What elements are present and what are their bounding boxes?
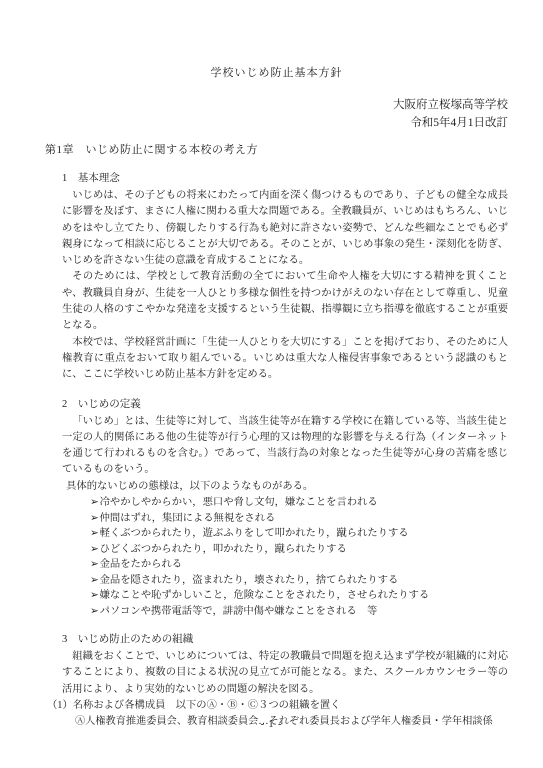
paragraph: そのためには、学校として教育活動の全てにおいて生命や人権を大切にする精神を貫くこ… — [62, 269, 508, 334]
list-item: ➢パソコンや携帯電話等で，誹謗中傷や嫌なことをされる 等 — [90, 604, 508, 620]
list-intro: 具体的ないじめの態様は，以下のようなものがある。 — [62, 479, 508, 495]
revision-date: 令和5年4月1日改訂 — [45, 114, 508, 132]
list-item-text: 仲間はずれ，集団による無視をされる — [100, 513, 276, 524]
list-item: ➢金品を隠されたり，盗まれたり，壊されたり，捨てられたりする — [90, 573, 508, 589]
section-heading-definition: 2 いじめの定義 — [62, 397, 508, 413]
numbered-item: （1）名称および各構成員 以下のⒶ・Ⓑ・Ⓒ３つの組織を置く — [47, 698, 508, 714]
list-item-text: 金品をたかられる — [100, 559, 182, 570]
document-title: 学校いじめ防止基本方針 — [45, 66, 508, 81]
bullying-examples-list: ➢冷やかしやからかい，悪口や脅し文句，嫌なことを言われる ➢仲間はずれ，集団によ… — [45, 495, 508, 619]
list-item: ➢軽くぶつかられたり，遊ぶふりをして叩かれたり，蹴られたりする — [90, 526, 508, 542]
page-number: - 1 - — [0, 719, 543, 730]
school-name: 大阪府立桜塚高等学校 — [45, 96, 508, 114]
arrow-bullet-icon: ➢ — [90, 497, 99, 508]
section-basic-principles: 1 基本理念 いじめは、その子どもの将来にわたって内面を深く傷つけるものであり、… — [45, 171, 508, 384]
section-heading-basic-principles: 1 基本理念 — [62, 171, 508, 187]
byline: 大阪府立桜塚高等学校 令和5年4月1日改訂 — [45, 96, 508, 132]
list-item-text: 軽くぶつかられたり，遊ぶふりをして叩かれたり，蹴られたりする — [100, 528, 409, 539]
arrow-bullet-icon: ➢ — [90, 606, 99, 617]
arrow-bullet-icon: ➢ — [90, 575, 99, 586]
list-item: ➢金品をたかられる — [90, 557, 508, 573]
arrow-bullet-icon: ➢ — [90, 590, 99, 601]
list-item: ➢冷やかしやからかい，悪口や脅し文句，嫌なことを言われる — [90, 495, 508, 511]
arrow-bullet-icon: ➢ — [90, 513, 99, 524]
list-item-text: ひどくぶつかられたり，叩かれたり，蹴られたりする — [100, 544, 347, 555]
arrow-bullet-icon: ➢ — [90, 528, 99, 539]
list-item-text: 金品を隠されたり，盗まれたり，壊されたり，捨てられたりする — [100, 575, 399, 586]
paragraph: 本校では、学校経営計画に「生徒一人ひとりを大切にする」ことを掲げており、そのため… — [62, 335, 508, 384]
list-item-text: パソコンや携帯電話等で，誹謗中傷や嫌なことをされる 等 — [100, 606, 378, 617]
document-page: 学校いじめ防止基本方針 大阪府立桜塚高等学校 令和5年4月1日改訂 第1章 いじ… — [0, 0, 543, 768]
paragraph: いじめは、その子どもの将来にわたって内面を深く傷つけるものであり、子どもの健全な… — [62, 188, 508, 269]
paragraph: 組織をおくことで、いじめについては、特定の教職員で問題を抱え込まず学校が組織的に… — [62, 649, 508, 698]
section-organization: 3 いじめ防止のための組織 組織をおくことで、いじめについては、特定の教職員で問… — [45, 632, 508, 730]
list-item: ➢ひどくぶつかられたり，叩かれたり，蹴られたりする — [90, 542, 508, 558]
list-item-text: 嫌なことや恥ずかしいこと，危険なことをされたり，させられたりする — [100, 590, 430, 601]
list-item: ➢仲間はずれ，集団による無視をされる — [90, 511, 508, 527]
chapter-heading: 第1章 いじめ防止に関する本校の考え方 — [45, 142, 508, 158]
section-heading-organization: 3 いじめ防止のための組織 — [62, 632, 508, 648]
section-definition: 2 いじめの定義 「いじめ」とは、生徒等に対して、当該生徒等が在籍する学校に在籍… — [45, 397, 508, 619]
list-item-text: 冷やかしやからかい，悪口や脅し文句，嫌なことを言われる — [100, 497, 378, 508]
arrow-bullet-icon: ➢ — [90, 544, 99, 555]
paragraph: 「いじめ」とは、生徒等に対して、当該生徒等が在籍する学校に在籍している等、当該生… — [62, 414, 508, 479]
list-item: ➢嫌なことや恥ずかしいこと，危険なことをされたり，させられたりする — [90, 588, 508, 604]
arrow-bullet-icon: ➢ — [90, 559, 99, 570]
